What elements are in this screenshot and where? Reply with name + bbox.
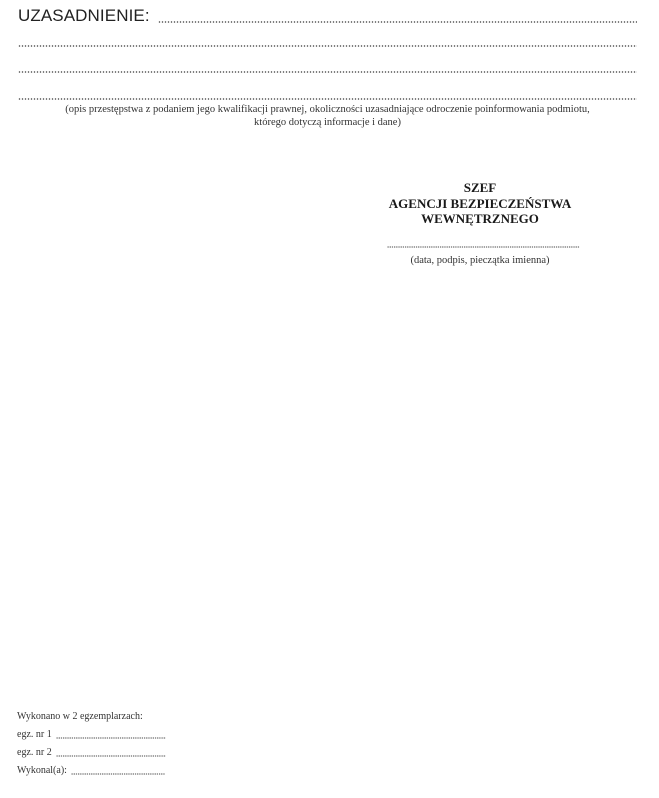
copy-1-fill-line[interactable] [56,737,166,739]
justification-caption-line-1: (opis przestępstwa z podaniem jego kwali… [18,103,637,116]
signatory-title: SZEF AGENCJI BEZPIECZEŃSTWA WEWNĘTRZNEGO [360,180,600,227]
copies-note: Wykonano w 2 egzemplarzach: [17,711,143,723]
signatory-title-line-1: SZEF [360,180,600,196]
copies-note-text: Wykonano w 2 egzemplarzach: [17,711,143,723]
prepared-by-row: Wykonal(a): [17,765,165,777]
copy-2-label: egz. nr 2 [17,747,52,759]
justification-fill-line-1[interactable] [158,21,637,23]
copy-2-fill-line[interactable] [56,755,166,757]
prepared-by-label: Wykonal(a): [17,765,67,777]
justification-fill-line-3[interactable] [18,71,637,73]
signatory-title-line-2: AGENCJI BEZPIECZEŃSTWA [360,196,600,212]
prepared-by-fill-line[interactable] [71,773,165,775]
signatory-title-line-3: WEWNĘTRZNEGO [360,211,600,227]
justification-row: UZASADNIENIE: [18,4,637,26]
justification-label: UZASADNIENIE: [18,6,150,26]
signature-caption: (data, podpis, pieczątka imienna) [360,254,600,267]
justification-fill-line-2[interactable] [18,45,637,47]
justification-caption: (opis przestępstwa z podaniem jego kwali… [18,103,637,129]
signature-fill-line[interactable] [387,246,580,248]
copy-1-row: egz. nr 1 [17,729,166,741]
justification-fill-line-4[interactable] [18,98,637,100]
copy-2-row: egz. nr 2 [17,747,166,759]
justification-caption-line-2: którego dotyczą informacje i dane) [18,116,637,129]
copy-1-label: egz. nr 1 [17,729,52,741]
